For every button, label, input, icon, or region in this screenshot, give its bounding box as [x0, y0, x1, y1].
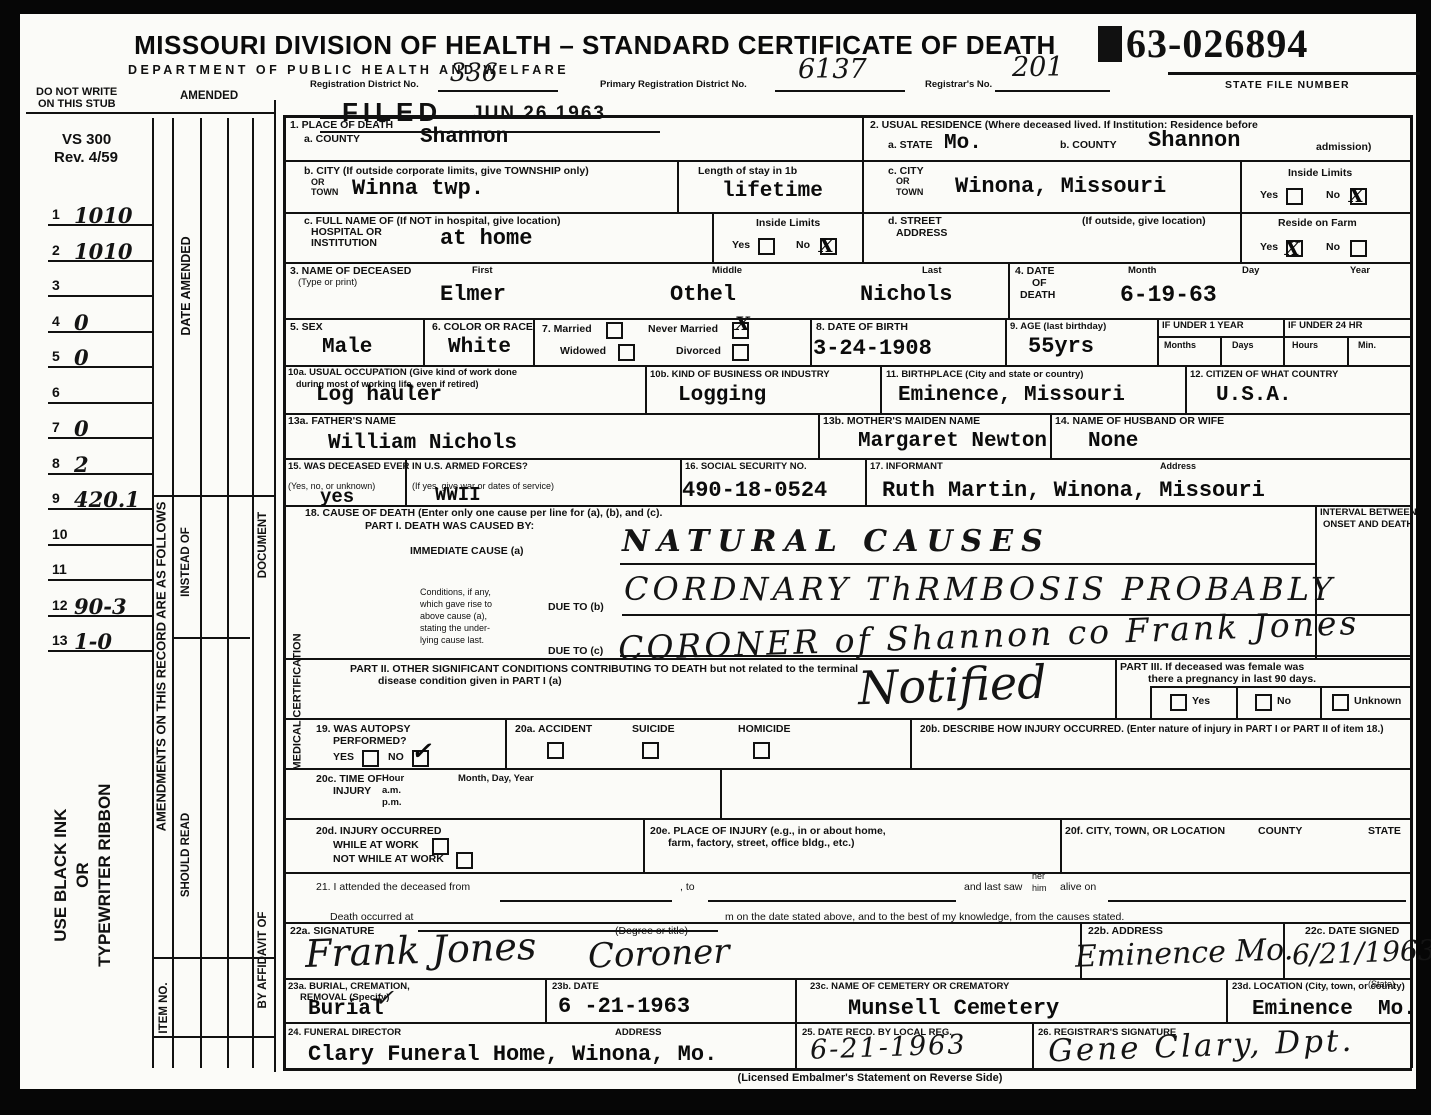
field-5-label: 5. SEX	[290, 322, 323, 334]
grid-line	[712, 212, 714, 262]
stub-form-code: VS 300	[62, 132, 111, 149]
grid-line	[795, 978, 797, 1022]
field-16-label: 16. SOCIAL SECURITY NO.	[685, 462, 807, 472]
field-4-label: 4. DATE	[1015, 266, 1054, 278]
field-20a-accident-label: 20a. ACCIDENT	[515, 724, 592, 736]
industry-value: Logging	[678, 384, 766, 407]
grid-line	[545, 978, 547, 1022]
field-19-label-2: PERFORMED?	[333, 736, 407, 748]
grid-line	[152, 1036, 274, 1038]
reside-on-farm-label: Reside on Farm	[1278, 218, 1357, 230]
stub-row: 11010	[48, 190, 154, 226]
never-married-mark: X	[735, 313, 750, 335]
grid-line	[1220, 336, 1222, 365]
grid-line	[283, 1022, 1410, 1024]
stub-row-number: 6	[52, 384, 60, 400]
grid-line	[818, 413, 820, 458]
burial-checkmark: ✓	[374, 984, 394, 1012]
grid-line	[1008, 262, 1010, 318]
interval-label-1: INTERVAL BETWEEN	[1320, 508, 1417, 518]
field-15-label: 15. WAS DECEASED EVER IN U.S. ARMED FORC…	[288, 462, 528, 472]
stub-row-number: 2	[52, 242, 60, 258]
field-19-label: 19. WAS AUTOPSY	[316, 724, 411, 736]
grid-line	[1168, 72, 1420, 75]
stub-row-number: 9	[52, 490, 60, 506]
field-20d-label: 20d. INJURY OCCURRED	[316, 826, 441, 838]
grid-line	[320, 131, 660, 133]
grid-line	[227, 118, 229, 1068]
due-to-c-label: DUE TO (c)	[548, 646, 603, 658]
field-1c-no-label: No	[796, 240, 810, 252]
grid-line	[643, 818, 645, 872]
pregnancy-no-label: No	[1277, 696, 1291, 708]
grid-line	[1060, 818, 1062, 872]
widowed-label: Widowed	[560, 346, 606, 358]
divorced-checkbox	[732, 344, 749, 361]
stub-row-number: 7	[52, 419, 60, 435]
field-21-text-4: alive on	[1060, 882, 1096, 894]
last-name-label: Last	[922, 266, 942, 276]
grid-line	[1032, 1022, 1034, 1068]
part1-label: PART I. DEATH WAS CAUSED BY:	[365, 521, 534, 533]
stub-row-value: 0	[74, 310, 89, 335]
state-file-number: 63-026894	[1126, 22, 1308, 66]
birthplace-value: Eminence, Missouri	[898, 384, 1125, 407]
grid-line	[283, 505, 1410, 507]
grid-line	[172, 637, 250, 639]
grid-line	[1226, 978, 1228, 1022]
conditions-note-3: above cause (a),	[420, 612, 487, 622]
grid-line	[252, 118, 254, 1068]
primary-registration-value: 6137	[798, 54, 867, 85]
grid-line	[1185, 365, 1187, 413]
homicide-checkbox	[753, 742, 770, 759]
stub-item-no-label: ITEM NO.	[158, 953, 170, 1063]
degree-value: Coroner	[587, 932, 730, 977]
field-24-label: 24. FUNERAL DIRECTOR	[288, 1028, 401, 1038]
married-checkbox	[606, 322, 623, 339]
stub-row: 70	[48, 403, 154, 439]
registrar-no-label: Registrar's No.	[925, 80, 992, 90]
grid-line	[172, 118, 174, 1068]
stub-row-value: 1010	[74, 203, 132, 228]
date-of-birth-value: 3-24-1908	[813, 336, 932, 361]
armed-forces-war-value: WWII	[435, 484, 481, 506]
grid-line	[283, 318, 1410, 320]
field-1b-town-label: TOWN	[311, 188, 338, 198]
grid-line	[995, 90, 1110, 92]
field-20b-label: 20b. DESCRIBE HOW INJURY OCCURRED. (Ente…	[920, 724, 1384, 735]
stub-row: 21010	[48, 226, 154, 262]
page-title: MISSOURI DIVISION OF HEALTH – STANDARD C…	[125, 30, 1065, 61]
stub-row-value: 90-3	[74, 594, 127, 619]
days-label: Days	[1232, 341, 1254, 351]
field-2c-no-checkbox: X	[1350, 188, 1367, 205]
grid-line	[1283, 922, 1285, 978]
pregnancy-unknown-checkbox	[1332, 694, 1349, 711]
occupation-value: Log hauler	[316, 384, 442, 407]
pregnancy-yes-checkbox	[1170, 694, 1187, 711]
field-20c-label: 20c. TIME OF	[316, 774, 382, 786]
grid-line	[1347, 336, 1349, 365]
field-2a-state-label: a. STATE	[888, 140, 933, 152]
cause-a-value: NATURAL CAUSES	[622, 524, 1051, 559]
farm-yes-mark: X	[1285, 238, 1300, 260]
field-13a-label: 13a. FATHER'S NAME	[288, 416, 396, 428]
pm-label: p.m.	[382, 798, 402, 808]
never-married-checkbox: X	[732, 322, 749, 339]
first-name-value: Elmer	[440, 282, 506, 307]
grid-line	[152, 495, 274, 497]
stub-row: 3	[48, 261, 154, 297]
grid-line	[505, 718, 507, 768]
farm-no-label: No	[1326, 242, 1340, 254]
funeral-director-value: Clary Funeral Home, Winona, Mo.	[308, 1042, 717, 1067]
part2-label: PART II. OTHER SIGNIFICANT CONDITIONS CO…	[350, 664, 858, 676]
grid-line	[622, 614, 1410, 616]
cemetery-location-value: Eminence	[1252, 998, 1353, 1021]
cemetery-value: Munsell Cemetery	[848, 996, 1059, 1021]
field-2d-address-label: ADDRESS	[896, 228, 947, 240]
grid-line	[880, 365, 882, 413]
field-20c-label-2: INJURY	[333, 786, 371, 798]
field-3-label: 3. NAME OF DECEASED	[290, 266, 411, 278]
use-black-ink-line: USE BLACK INK	[51, 809, 70, 942]
grid-line	[152, 118, 154, 1068]
field-2c-or-label: OR	[896, 177, 910, 187]
grid-line	[1150, 686, 1410, 688]
grid-line	[1150, 686, 1152, 718]
stub-row-value: 0	[74, 416, 89, 441]
use-black-ink-ribbon: TYPEWRITER RIBBON	[95, 784, 114, 967]
suicide-label: SUICIDE	[632, 724, 675, 736]
grid-line	[720, 768, 722, 818]
stub-row: 11	[48, 545, 154, 581]
field-2b-county-value: Shannon	[1148, 128, 1240, 153]
field-2c-no-label: No	[1326, 190, 1340, 202]
field-1c-yes-label: Yes	[732, 240, 750, 252]
immediate-cause-label: IMMEDIATE CAUSE (a)	[410, 546, 524, 558]
autopsy-yes-checkbox	[362, 750, 379, 767]
field-13b-label: 13b. MOTHER'S MAIDEN NAME	[823, 416, 980, 428]
field-11-label: 11. BIRTHPLACE (City and state or countr…	[886, 370, 1083, 380]
stub-by-affidavit-label: BY AFFIDAVIT OF	[257, 885, 269, 1035]
autopsy-yes-label: YES	[333, 752, 354, 764]
conditions-note-4: stating the under-	[420, 624, 490, 634]
conditions-note-5: lying cause last.	[420, 636, 484, 646]
grid-line	[1115, 658, 1117, 718]
pregnancy-yes-label: Yes	[1192, 696, 1210, 708]
field-1c-no-checkbox: X	[820, 238, 837, 255]
field-7-married-label: 7. Married	[542, 324, 592, 336]
am-label: a.m.	[382, 786, 401, 796]
field-4-label-3: DEATH	[1020, 290, 1055, 302]
grid-line	[283, 413, 1410, 415]
field-2d-street-label: d. STREET	[888, 216, 942, 228]
field-3-type-note: (Type or print)	[298, 278, 357, 288]
stub-row-value: 1010	[74, 239, 132, 264]
stub-do-not-write-2: ON THIS STUB	[38, 98, 116, 110]
grid-line	[283, 365, 1410, 367]
autopsy-no-label: NO	[388, 752, 404, 764]
grid-line	[775, 90, 905, 92]
conditions-note-1: Conditions, if any,	[420, 588, 491, 598]
field-15-note-2: (If yes, give war or dates of service)	[412, 482, 554, 492]
field-1c-yes-checkbox	[758, 238, 775, 255]
grid-line	[910, 718, 912, 768]
field-6-label: 6. COLOR OR RACE	[432, 322, 533, 334]
grid-line	[862, 115, 864, 262]
field-23c-label: 23c. NAME OF CEMETERY OR CREMATORY	[810, 982, 1009, 992]
grid-line	[283, 978, 1410, 980]
grid-line	[423, 318, 425, 365]
primary-registration-label: Primary Registration District No.	[600, 80, 747, 90]
funeral-address-label: ADDRESS	[615, 1028, 661, 1038]
use-black-ink-or: OR	[73, 862, 92, 888]
grid-line	[1315, 505, 1317, 658]
field-21-him-label: him	[1032, 884, 1047, 894]
field-2-label-2: admission)	[1316, 142, 1371, 154]
field-20e-label-2: farm, factory, street, office bldg., etc…	[668, 838, 855, 850]
part2-label-2: disease condition given in PART I (a)	[378, 676, 562, 688]
grid-line	[274, 100, 276, 1072]
middle-name-label: Middle	[712, 266, 742, 276]
stub-row-value: 0	[74, 345, 89, 370]
month-label: Month	[1128, 266, 1157, 276]
year-label: Year	[1350, 266, 1370, 276]
stub-row: 131-0	[48, 616, 154, 652]
grid-line	[283, 658, 1410, 660]
if-under-1-year-label: IF UNDER 1 YEAR	[1162, 321, 1244, 331]
length-of-stay-value: lifetime	[722, 180, 823, 203]
grid-line	[533, 318, 535, 365]
grid-line	[680, 458, 682, 505]
field-2c-yes-checkbox	[1286, 188, 1303, 205]
stub-document-label: DOCUMENT	[257, 480, 269, 610]
field-12-label: 12. CITIZEN OF WHAT COUNTRY	[1190, 370, 1338, 380]
grid-line	[283, 922, 1410, 924]
never-married-label: Never Married	[648, 324, 718, 336]
stub-do-not-write-1: DO NOT WRITE	[36, 86, 117, 98]
state-column-label: STATE	[1368, 826, 1401, 838]
while-at-work-label: WHILE AT WORK	[333, 840, 419, 852]
signer-address-value: Eminence Mo.	[1074, 932, 1293, 975]
field-23b-label: 23b. DATE	[552, 982, 599, 992]
race-value: White	[448, 336, 511, 359]
ssn-value: 490-18-0524	[682, 478, 827, 503]
stub-row-number: 8	[52, 455, 60, 471]
field-2c-town-value: Winona, Missouri	[955, 174, 1166, 199]
interval-label-2: ONSET AND DEATH	[1323, 520, 1413, 530]
first-name-label: First	[472, 266, 493, 276]
field-2c-inside-limits-label: Inside Limits	[1288, 168, 1352, 180]
mother-name-value: Margaret Newton	[858, 430, 1047, 453]
grid-line	[1320, 686, 1322, 718]
not-while-at-work-label: NOT WHILE AT WORK	[333, 854, 444, 866]
grid-line	[283, 872, 1410, 874]
stub-row: 1290-3	[48, 581, 154, 617]
burial-value: Burial	[308, 998, 384, 1021]
part3-label: PART III. If deceased was female was	[1120, 662, 1304, 674]
grid-line	[620, 655, 1410, 657]
grid-line	[152, 957, 274, 959]
state-paren-label: (State)	[1368, 980, 1395, 990]
stub-should-read-label: SHOULD READ	[180, 755, 192, 955]
grid-line	[283, 1068, 1412, 1071]
grid-line	[1236, 686, 1238, 718]
pregnancy-no-checkbox	[1255, 694, 1272, 711]
grid-line	[620, 563, 1315, 565]
field-10a-label: 10a. USUAL OCCUPATION (Give kind of work…	[288, 368, 517, 378]
stub-row-number: 4	[52, 313, 60, 329]
conditions-note-2: which gave rise to	[420, 600, 492, 610]
last-name-value: Nichols	[860, 282, 952, 307]
department-subtitle: DEPARTMENT OF PUBLIC HEALTH AND WELFARE	[128, 64, 569, 78]
field-14-label: 14. NAME OF HUSBAND OR WIFE	[1055, 416, 1224, 428]
middle-name-value: Othel	[670, 282, 736, 307]
stub-amended-label: AMENDED	[180, 90, 238, 103]
medical-certification-label: MEDICAL CERTIFICATION	[292, 595, 304, 810]
stub-row: 10	[48, 510, 154, 546]
autopsy-no-mark: ✓	[411, 736, 431, 765]
hours-label: Hours	[1292, 341, 1318, 351]
stub-row-number: 3	[52, 277, 60, 293]
registrar-no-value: 201	[1012, 52, 1064, 83]
certificate-paper: MISSOURI DIVISION OF HEALTH – STANDARD C…	[20, 14, 1416, 1089]
day-label: Day	[1242, 266, 1259, 276]
stub-amendments-label: AMENDMENTS ON THIS RECORD ARE AS FOLLOWS	[154, 347, 169, 987]
homicide-label: HOMICIDE	[738, 724, 791, 736]
grid-line	[677, 160, 679, 212]
months-label: Months	[1164, 341, 1196, 351]
stub-row-value: 1-0	[74, 629, 112, 654]
stub-row: 6	[48, 368, 154, 404]
registration-district-value: 336	[450, 58, 498, 87]
age-value: 55yrs	[1028, 334, 1094, 359]
stub-row-number: 13	[52, 632, 68, 648]
field-9-label: 9. AGE (last birthday)	[1010, 322, 1106, 332]
not-while-at-work-checkbox	[456, 852, 473, 869]
suicide-checkbox	[642, 742, 659, 759]
stub-use-black-ink-note: USE BLACK INK OR TYPEWRITER RIBBON	[50, 720, 116, 1030]
grid-line	[283, 262, 1410, 264]
county-column-label: COUNTY	[1258, 826, 1302, 838]
farm-no-checkbox	[1350, 240, 1367, 257]
stub-form-rev: Rev. 4/59	[54, 150, 118, 167]
stub-instead-of-label: INSTEAD OF	[180, 492, 192, 632]
widowed-checkbox	[618, 344, 635, 361]
field-2b-county-label: b. COUNTY	[1060, 140, 1117, 152]
grid-line	[810, 318, 812, 365]
scanned-certificate: MISSOURI DIVISION OF HEALTH – STANDARD C…	[0, 0, 1431, 1115]
ink-blot	[1098, 26, 1122, 62]
stub-row-number: 11	[52, 561, 67, 577]
footer-note: (Licensed Embalmer's Statement on Revers…	[660, 1072, 1080, 1084]
registration-district-label: Registration District No.	[310, 80, 419, 90]
grid-line	[1050, 413, 1052, 458]
grid-line	[1108, 900, 1406, 902]
grid-line	[1240, 160, 1242, 262]
stub-row: 50	[48, 332, 154, 368]
state-file-number-label: STATE FILE NUMBER	[1225, 80, 1350, 92]
field-18-label: 18. CAUSE OF DEATH (Enter only one cause…	[305, 508, 662, 520]
grid-line	[283, 115, 286, 1068]
part2-value: Notified	[857, 655, 1047, 716]
stub-row-number: 12	[52, 597, 68, 613]
grid-line	[405, 458, 407, 505]
grid-line	[283, 718, 1410, 720]
stub-date-amended-label: DATE AMENDED	[179, 106, 193, 466]
field-1a-county-value: Shannon	[420, 126, 508, 149]
spouse-value: None	[1088, 430, 1138, 453]
sex-value: Male	[322, 336, 372, 359]
grid-line	[26, 112, 276, 114]
field-4-label-2: OF	[1032, 278, 1047, 290]
field-21-text-1: 21. I attended the deceased from	[316, 882, 470, 894]
stub-row: 9420.1	[48, 474, 154, 510]
field-20f-label: 20f. CITY, TOWN, OR LOCATION	[1065, 826, 1225, 838]
field-1b-town-value: Winna twp.	[352, 176, 484, 201]
citizen-value: U.S.A.	[1216, 384, 1292, 407]
field-1c-inside-limits-label: Inside Limits	[756, 218, 820, 230]
father-name-value: William Nichols	[328, 432, 517, 455]
field-2c-no-mark: X	[1349, 185, 1364, 207]
stub-row-number: 10	[52, 526, 68, 542]
divorced-label: Divorced	[676, 346, 721, 358]
date-received-value: 6-21-1963	[810, 1029, 967, 1065]
field-1c-hospital-label-3: INSTITUTION	[311, 238, 377, 250]
farm-yes-label: Yes	[1260, 242, 1278, 254]
length-of-stay-label: Length of stay in 1b	[698, 166, 797, 178]
if-under-24hr-label: IF UNDER 24 HR	[1288, 321, 1362, 331]
field-2c-town-label: TOWN	[896, 188, 923, 198]
grid-line	[283, 458, 1410, 460]
informant-value: Ruth Martin, Winona, Missouri	[882, 478, 1265, 503]
grid-line	[1410, 115, 1413, 1068]
field-2a-state-value: Mo.	[944, 132, 982, 155]
stub-row-value: 2	[74, 452, 89, 477]
grid-line	[418, 930, 718, 932]
grid-line	[320, 117, 600, 119]
stub-row-number: 1	[52, 206, 60, 222]
field-20e-label: 20e. PLACE OF INJURY (e.g., in or about …	[650, 826, 886, 838]
stub-row: 40	[48, 297, 154, 333]
stub-row-number: 5	[52, 348, 60, 364]
field-1c-hospital-value: at home	[440, 226, 532, 251]
grid-line	[1080, 922, 1082, 978]
grid-line	[1157, 318, 1159, 365]
burial-date-value: 6 -21-1963	[558, 994, 690, 1019]
grid-line	[283, 768, 1410, 770]
field-8-label: 8. DATE OF BIRTH	[816, 322, 908, 334]
grid-line	[865, 458, 867, 505]
field-2d-note: (If outside, give location)	[1082, 216, 1206, 228]
field-2c-yes-label: Yes	[1260, 190, 1278, 202]
grid-line	[708, 900, 956, 902]
field-1a-county-label: a. COUNTY	[304, 134, 360, 146]
cause-b-value: CORDNARY ThRMBOSIS PROBABLY	[624, 570, 1336, 608]
grid-line	[795, 1022, 797, 1068]
date-of-death-value: 6-19-63	[1120, 282, 1217, 308]
farm-yes-checkbox: X	[1286, 240, 1303, 257]
field-21-text-2: , to	[680, 882, 695, 894]
grid-line	[438, 90, 558, 92]
field-21-text-3: and last saw	[964, 882, 1022, 894]
field-22b-label: 22b. ADDRESS	[1088, 926, 1163, 938]
grid-line	[500, 900, 672, 902]
due-to-b-label: DUE TO (b)	[548, 602, 604, 614]
grid-line	[283, 818, 1410, 820]
